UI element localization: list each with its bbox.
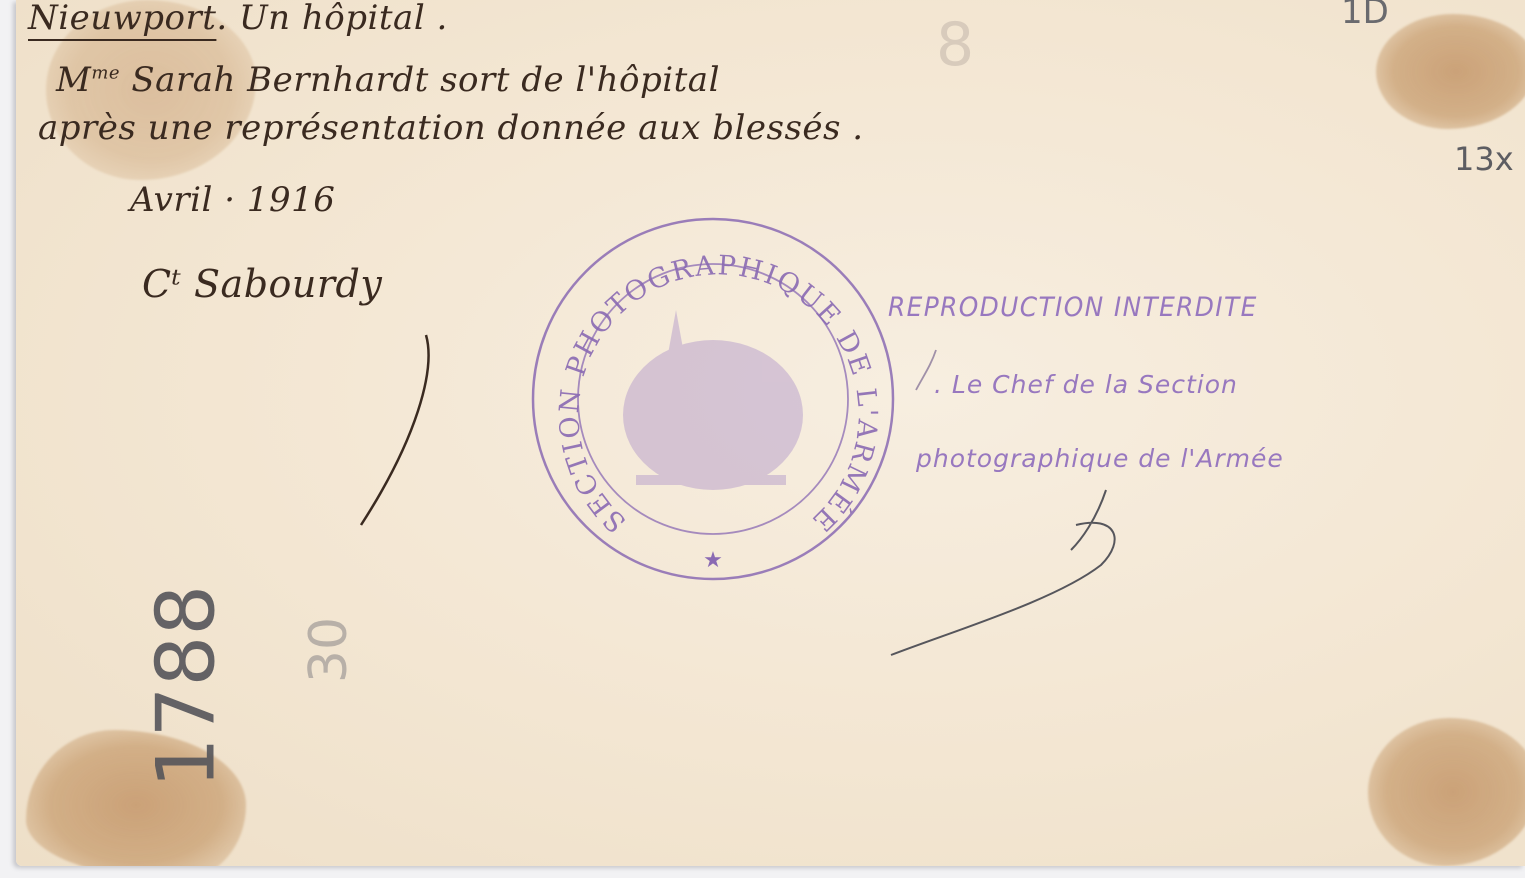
handwritten-signature: Cᵗ Sabourdy (142, 262, 382, 306)
location-text: Nieuwport (28, 0, 216, 38)
pencil-ref-top-right: 1D (1341, 0, 1389, 32)
handwritten-caption-line-2: après une représentation donnée aux bles… (38, 108, 864, 148)
caption-prefix: M (56, 60, 91, 100)
caption-text-1: Sarah Bernhardt sort de l'hôpital (131, 60, 720, 100)
pencil-faint-number: 30 (299, 617, 359, 683)
handwritten-caption-line-1: Mme Sarah Bernhardt sort de l'hôpital (56, 60, 720, 100)
pencil-ref-right: 13x (1454, 140, 1514, 178)
photo-back-card: Nieuwport. Un hôpital . Mme Sarah Bernha… (16, 0, 1525, 866)
glue-stain-bottom-right (1368, 718, 1525, 866)
round-seal-stamp: SECTION PHOTOGRAPHIQUE DE L'ARMÉE ★ (526, 215, 901, 583)
star-icon: ★ (703, 548, 723, 573)
pencil-paraph-signature (876, 340, 1136, 670)
signature-flourish (356, 330, 436, 530)
pencil-inventory-number: 1788 (140, 537, 233, 837)
glue-stain-top-right (1376, 14, 1525, 129)
handwritten-date: Avril · 1916 (130, 180, 335, 220)
handwritten-location: Nieuwport. Un hôpital . (28, 0, 448, 38)
faint-pencil-mark: 8 (936, 10, 974, 80)
caption-sup: me (91, 63, 120, 84)
seal-emblem-icon (623, 310, 803, 490)
stamp-reproduction-interdite: REPRODUCTION INTERDITE (888, 292, 1258, 323)
location-suffix: . Un hôpital . (216, 0, 447, 38)
